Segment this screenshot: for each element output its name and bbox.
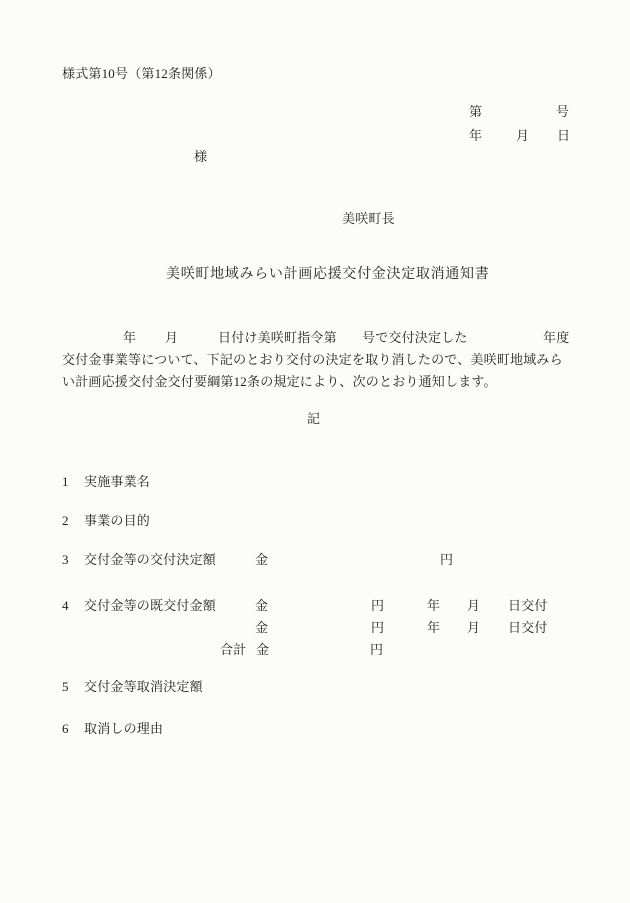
item-4-row1-amount-prefix: 金 (255, 598, 268, 614)
addressee-honorific: 様 (194, 149, 207, 165)
item-4-total-label: 合計 (220, 642, 246, 658)
item-2-label: 事業の目的 (84, 513, 150, 529)
body-line1-year-label: 年 (123, 330, 136, 346)
item-4-row1-amount-unit: 円 (371, 598, 384, 614)
item-4-total-amount-unit: 円 (370, 642, 383, 658)
body-line1-decided-text: 号で交付決定した (362, 330, 468, 346)
item-4-row2-year-label: 年 (427, 620, 440, 636)
document-page: 様式第10号（第12条関係） 第 号 年 月 日 様 美咲町長 美咲町地域みらい… (0, 0, 630, 903)
body-line1-directive-text: 日付け美咲町指令第 (218, 330, 337, 346)
item-4-row1-year-label: 年 (427, 598, 440, 614)
item-4-row2-amount-unit: 円 (371, 620, 384, 636)
item-1-number: 1 (62, 474, 69, 490)
doc-number-prefix: 第 (469, 104, 482, 120)
item-4-row1-month-label: 月 (467, 598, 480, 614)
item-3-number: 3 (62, 552, 69, 568)
item-6-number: 6 (62, 721, 69, 737)
item-4-number: 4 (62, 598, 69, 614)
doc-number-suffix: 号 (556, 104, 569, 120)
item-3-label: 交付金等の交付決定額 (84, 552, 216, 568)
item-3-amount-unit: 円 (440, 552, 453, 568)
form-number: 様式第10号（第12条関係） (62, 66, 221, 82)
item-4-row2-day-paid-label: 日交付 (508, 620, 548, 636)
document-title: 美咲町地域みらい計画応援交付金決定取消通知書 (166, 267, 489, 283)
body-line2: 交付金事業等について、下記のとおり交付の決定を取り消したので、美咲町地域みら (62, 352, 563, 368)
item-4-row2-month-label: 月 (467, 620, 480, 636)
item-3-amount-prefix: 金 (255, 552, 268, 568)
ki-marker: 記 (307, 411, 320, 427)
date-year-label: 年 (469, 128, 482, 144)
sender-title: 美咲町長 (342, 211, 395, 227)
body-line1-fiscal-year-label: 年度 (543, 330, 569, 346)
date-day-label: 日 (557, 128, 570, 144)
item-5-number: 5 (62, 679, 69, 695)
item-2-number: 2 (62, 513, 69, 529)
item-4-row2-amount-prefix: 金 (255, 620, 268, 636)
item-4-row1-day-paid-label: 日交付 (508, 598, 548, 614)
body-line1-month-label: 月 (165, 330, 178, 346)
item-6-label: 取消しの理由 (84, 721, 163, 737)
item-1-label: 実施事業名 (84, 474, 150, 490)
item-5-label: 交付金等取消決定額 (84, 679, 203, 695)
item-4-total-amount-prefix: 金 (256, 642, 269, 658)
item-4-label: 交付金等の既交付金額 (84, 598, 216, 614)
body-line3: い計画応援交付金交付要綱第12条の規定により、次のとおり通知します。 (62, 374, 497, 390)
date-month-label: 月 (516, 128, 529, 144)
